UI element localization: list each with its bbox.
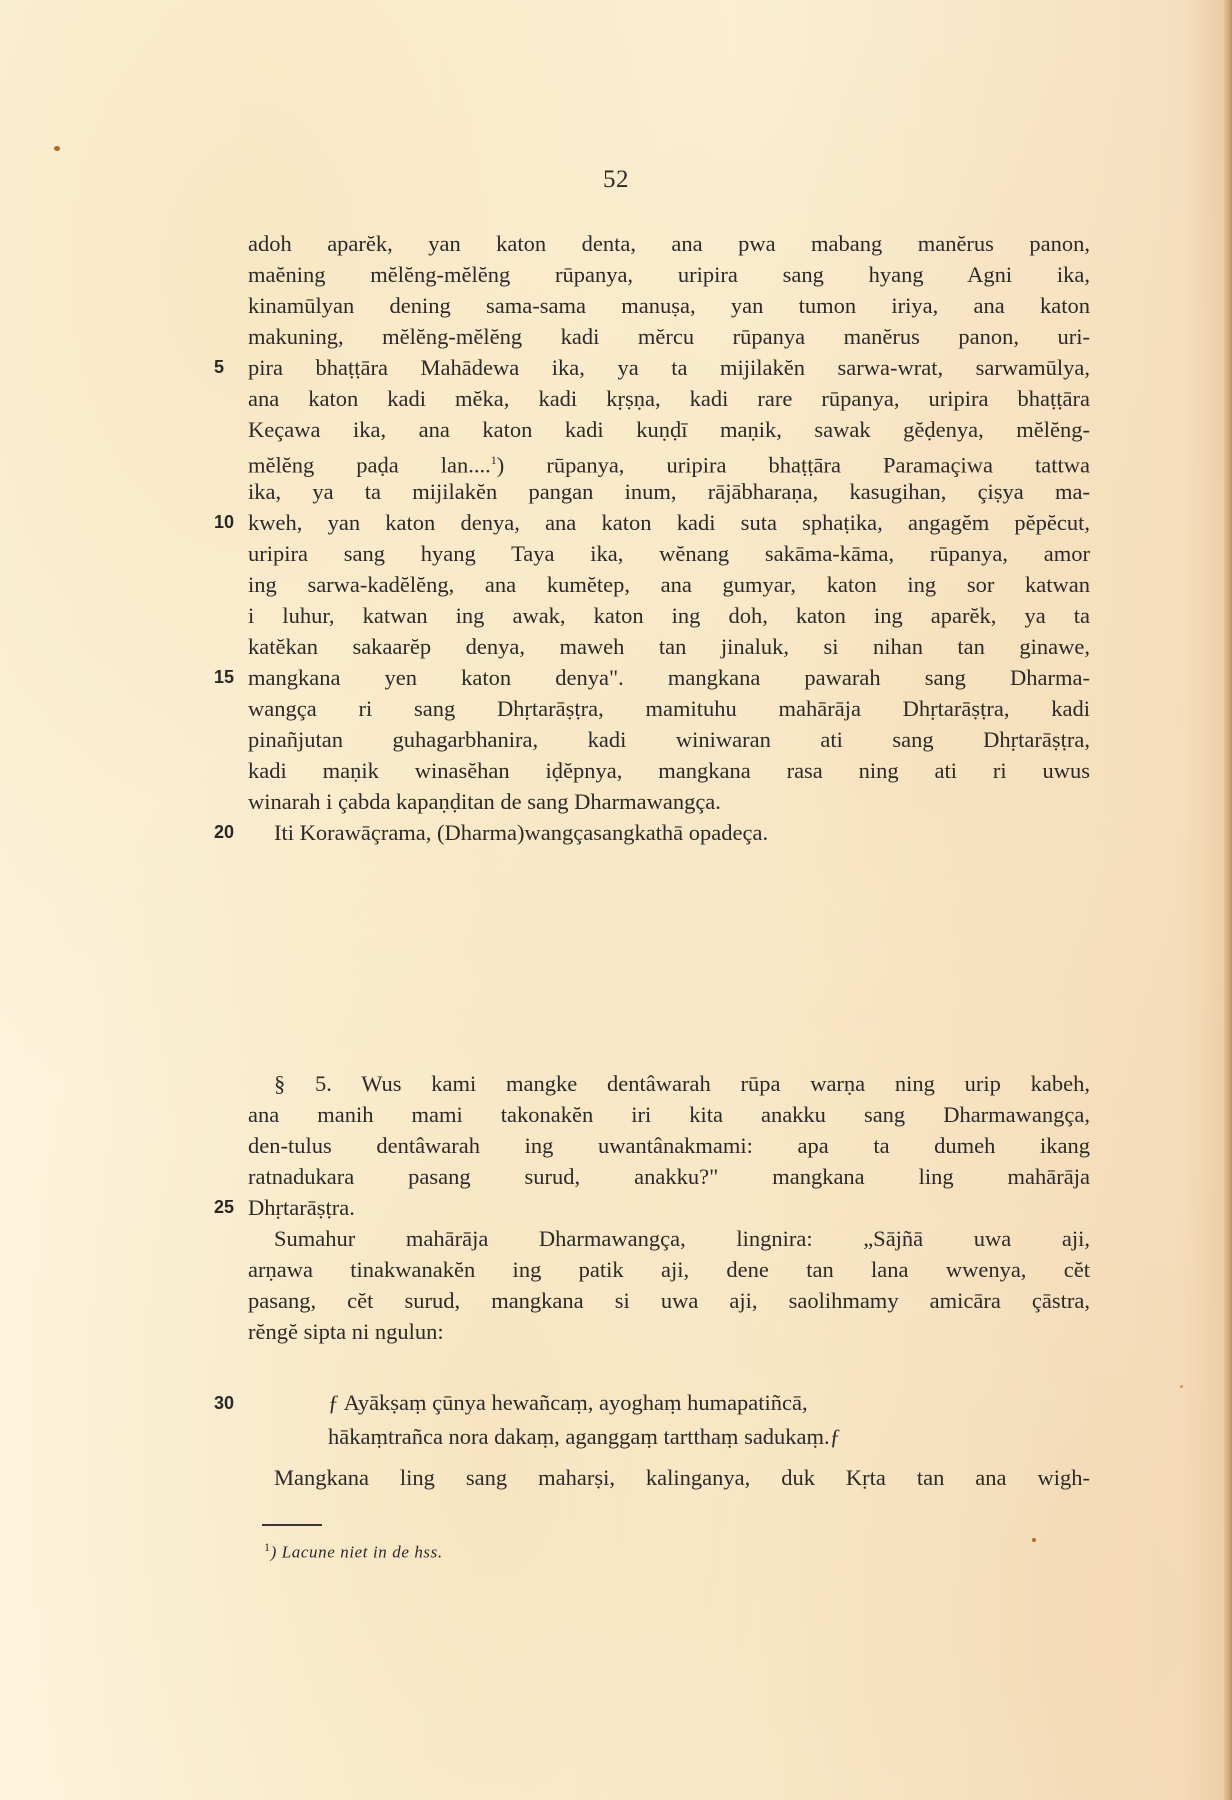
line-text: kweh, yan katon denya, ana katon kadi su… bbox=[248, 510, 1090, 535]
text-line: 10kweh, yan katon denya, ana katon kadi … bbox=[248, 507, 1090, 538]
line-number: 10 bbox=[214, 507, 234, 538]
line-text: i luhur, katwan ing awak, katon ing doh,… bbox=[248, 603, 1090, 628]
footnote-text: ) Lacune niet in de hss. bbox=[271, 1543, 443, 1562]
verse-line: 30ƒ Ayākṣaṃ çūnya hewañcaṃ, ayoghaṃ huma… bbox=[248, 1386, 1090, 1420]
text-line: makuning, mĕlĕng-mĕlĕng kadi mĕrcu rūpan… bbox=[248, 321, 1090, 352]
line-text: pasang, cĕt surud, mangkana si uwa aji, … bbox=[248, 1288, 1090, 1313]
text-line: 5pira bhaṭṭāra Mahādewa ika, ya ta mijil… bbox=[248, 352, 1090, 383]
line-text: arṇawa tinakwanakĕn ing patik aji, dene … bbox=[248, 1257, 1090, 1282]
text-line: ana katon kadi mĕka, kadi kṛṣṇa, kadi ra… bbox=[248, 383, 1090, 414]
footnote-divider bbox=[262, 1524, 322, 1526]
line-text: ing sarwa-kadĕlĕng, ana kumĕtep, ana gum… bbox=[248, 572, 1090, 597]
line-text: makuning, mĕlĕng-mĕlĕng kadi mĕrcu rūpan… bbox=[248, 324, 1090, 349]
line-text: winarah i çabda kapaṇḍitan de sang Dharm… bbox=[248, 789, 721, 814]
text-line: pasang, cĕt surud, mangkana si uwa aji, … bbox=[248, 1285, 1090, 1316]
text-line: mĕlĕng paḍa lan....1) rūpanya, uripira b… bbox=[248, 445, 1090, 476]
line-text: Keçawa ika, ana katon kadi kuṇḍī maṇik, … bbox=[248, 417, 1090, 442]
page-number: 52 bbox=[0, 166, 1232, 194]
text-line: winarah i çabda kapaṇḍitan de sang Dharm… bbox=[248, 786, 1090, 817]
line-text: kadi maṇik winasĕhan iḍĕpnya, mangkana r… bbox=[248, 758, 1090, 783]
line-text: § 5. Wus kami mangke dentâwarah rūpa war… bbox=[274, 1071, 1090, 1096]
text-line: maĕning mĕlĕng-mĕlĕng rūpanya, uripira s… bbox=[248, 259, 1090, 290]
line-text: ana katon kadi mĕka, kadi kṛṣṇa, kadi ra… bbox=[248, 386, 1090, 411]
footnote: 1) Lacune niet in de hss. bbox=[264, 1540, 443, 1563]
line-text: ratnadukara pasang surud, anakku?" mangk… bbox=[248, 1164, 1090, 1189]
text-line: Keçawa ika, ana katon kadi kuṇḍī maṇik, … bbox=[248, 414, 1090, 445]
line-number: 30 bbox=[214, 1386, 234, 1420]
section-heading-line: § 5. Wus kami mangke dentâwarah rūpa war… bbox=[248, 1068, 1090, 1099]
closing-paragraph: Mangkana ling sang maharṣi, kalinganya, … bbox=[248, 1462, 1090, 1493]
line-text: maĕning mĕlĕng-mĕlĕng rūpanya, uripira s… bbox=[248, 262, 1090, 287]
paragraph-section-a: adoh aparĕk, yan katon denta, ana pwa ma… bbox=[248, 228, 1090, 848]
paper-speck bbox=[1180, 1385, 1183, 1388]
text-line: ratnadukara pasang surud, anakku?" mangk… bbox=[248, 1161, 1090, 1192]
line-text: adoh aparĕk, yan katon denta, ana pwa ma… bbox=[248, 231, 1090, 256]
text-line: rĕngĕ sipta ni ngulun: bbox=[248, 1316, 1090, 1347]
line-text: ika, ya ta mijilakĕn pangan inum, rājābh… bbox=[248, 479, 1090, 504]
line-text: Mangkana ling sang maharṣi, kalinganya, … bbox=[274, 1465, 1090, 1490]
line-text: ) rūpanya, uripira bhaṭṭāra Paramaçiwa t… bbox=[497, 453, 1090, 478]
line-text: mĕlĕng paḍa lan.... bbox=[248, 453, 491, 478]
footnote-marker: 1 bbox=[264, 1540, 271, 1554]
text-line: den-tulus dentâwarah ing uwantânakmami: … bbox=[248, 1130, 1090, 1161]
text-line: Sumahur mahārāja Dharmawangça, lingnira:… bbox=[248, 1223, 1090, 1254]
text-line: wangça ri sang Dhṛtarāṣṭra, mamituhu mah… bbox=[248, 693, 1090, 724]
text-line: ing sarwa-kadĕlĕng, ana kumĕtep, ana gum… bbox=[248, 569, 1090, 600]
line-number: 20 bbox=[214, 817, 234, 848]
line-text: ƒ Ayākṣaṃ çūnya hewañcaṃ, ayoghaṃ humapa… bbox=[328, 1390, 808, 1415]
line-text: den-tulus dentâwarah ing uwantânakmami: … bbox=[248, 1133, 1090, 1158]
line-number: 25 bbox=[214, 1192, 234, 1223]
line-number: 15 bbox=[214, 662, 234, 693]
line-text: Sumahur mahārāja Dharmawangça, lingnira:… bbox=[274, 1226, 1090, 1251]
line-text: ana manih mami takonakĕn iri kita anakku… bbox=[248, 1102, 1090, 1127]
line-text: rĕngĕ sipta ni ngulun: bbox=[248, 1319, 444, 1344]
line-text: uripira sang hyang Taya ika, wĕnang sakā… bbox=[248, 541, 1090, 566]
paragraph-section-b: § 5. Wus kami mangke dentâwarah rūpa war… bbox=[248, 1068, 1090, 1347]
text-line: i luhur, katwan ing awak, katon ing doh,… bbox=[248, 600, 1090, 631]
line-text: mangkana yen katon denya". mangkana pawa… bbox=[248, 665, 1090, 690]
text-line: katĕkan sakaarĕp denya, maweh tan jinalu… bbox=[248, 631, 1090, 662]
paper-speck bbox=[54, 146, 60, 151]
verse-block: 30ƒ Ayākṣaṃ çūnya hewañcaṃ, ayoghaṃ huma… bbox=[248, 1386, 1090, 1454]
line-text: wangça ri sang Dhṛtarāṣṭra, mamituhu mah… bbox=[248, 696, 1090, 721]
line-text: hākaṃtrañca nora dakaṃ, aganggaṃ tarttha… bbox=[328, 1424, 841, 1449]
line-text: kinamūlyan dening sama-sama manuṣa, yan … bbox=[248, 293, 1090, 318]
text-line: pinañjutan guhagarbhanira, kadi winiwara… bbox=[248, 724, 1090, 755]
page-edge-shadow bbox=[1224, 0, 1232, 1800]
line-text: katĕkan sakaarĕp denya, maweh tan jinalu… bbox=[248, 634, 1090, 659]
text-line: kadi maṇik winasĕhan iḍĕpnya, mangkana r… bbox=[248, 755, 1090, 786]
text-line: ika, ya ta mijilakĕn pangan inum, rājābh… bbox=[248, 476, 1090, 507]
text-line: Mangkana ling sang maharṣi, kalinganya, … bbox=[248, 1462, 1090, 1493]
text-line: kinamūlyan dening sama-sama manuṣa, yan … bbox=[248, 290, 1090, 321]
line-text: pinañjutan guhagarbhanira, kadi winiwara… bbox=[248, 727, 1090, 752]
line-number: 5 bbox=[214, 352, 224, 383]
text-line: ana manih mami takonakĕn iri kita anakku… bbox=[248, 1099, 1090, 1130]
text-line: uripira sang hyang Taya ika, wĕnang sakā… bbox=[248, 538, 1090, 569]
text-line: 25Dhṛtarāṣṭra. bbox=[248, 1192, 1090, 1223]
verse-line: hākaṃtrañca nora dakaṃ, aganggaṃ tarttha… bbox=[248, 1420, 1090, 1454]
paper-speck bbox=[1032, 1538, 1036, 1542]
line-text: Iti Korawāçrama, (Dharma)wangçasangkathā… bbox=[274, 820, 768, 845]
text-line: adoh aparĕk, yan katon denta, ana pwa ma… bbox=[248, 228, 1090, 259]
text-line: 15mangkana yen katon denya". mangkana pa… bbox=[248, 662, 1090, 693]
line-text: Dhṛtarāṣṭra. bbox=[248, 1195, 355, 1220]
line-text: pira bhaṭṭāra Mahādewa ika, ya ta mijila… bbox=[248, 355, 1090, 380]
text-line: arṇawa tinakwanakĕn ing patik aji, dene … bbox=[248, 1254, 1090, 1285]
colophon-line: 20Iti Korawāçrama, (Dharma)wangçasangkat… bbox=[248, 817, 1090, 848]
